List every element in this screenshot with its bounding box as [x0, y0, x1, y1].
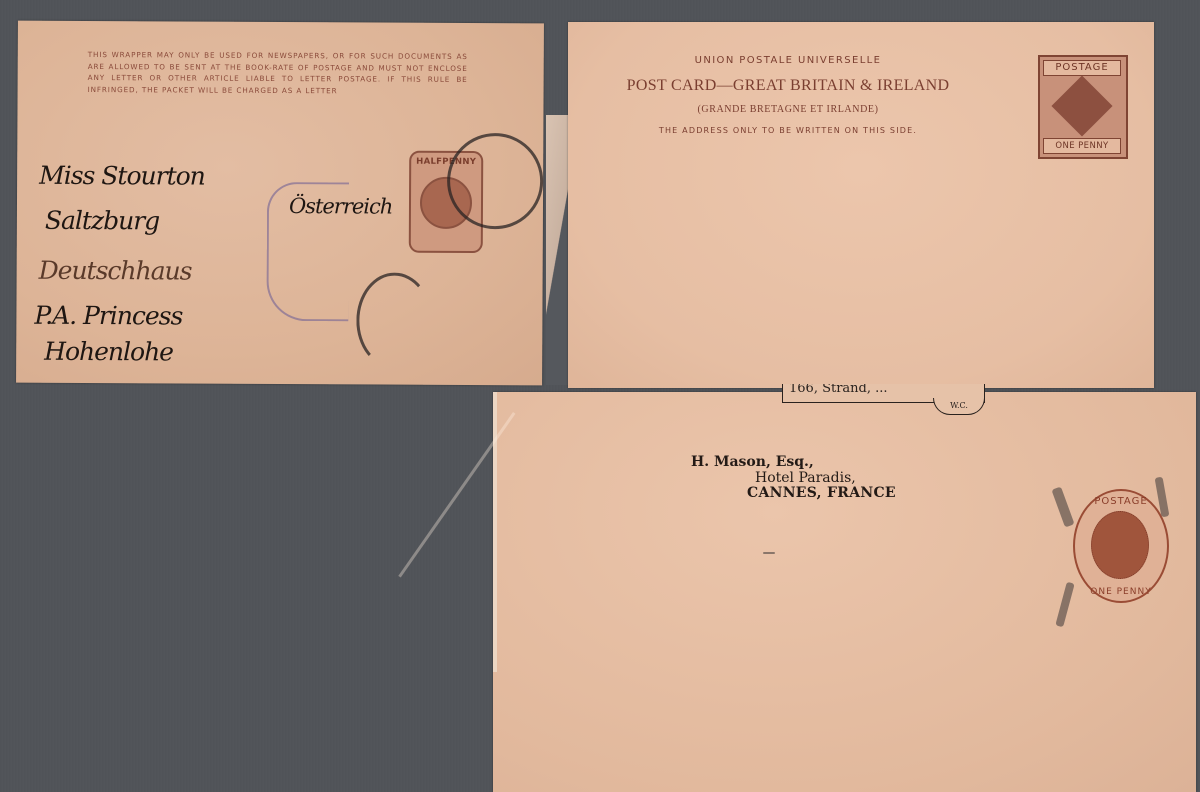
stamp-postage-label: POSTAGE: [1043, 60, 1121, 76]
newspaper-wrapper-one-penny: 166, Strand, ... W.C. H. Mason, Esq., Ho…: [493, 392, 1196, 792]
purple-crayon-mark: [266, 182, 349, 321]
one-penny-oval-stamp: POSTAGE ONE PENNY: [1073, 489, 1169, 603]
address-line-1: Miss Stourton: [39, 161, 205, 191]
cancel-bar: [1051, 486, 1074, 527]
postcard-one-penny: UNION POSTALE UNIVERSELLE POST CARD—GREA…: [568, 22, 1154, 388]
one-penny-stamp: POSTAGE ONE PENNY: [1038, 55, 1128, 159]
address-line-4: P.A. Princess: [34, 301, 182, 331]
stamp-postage-label: POSTAGE: [1075, 496, 1167, 507]
paper-crease: [398, 412, 515, 578]
folded-edge: [546, 115, 568, 385]
ink-speck: [763, 552, 775, 554]
queen-victoria-portrait-icon: [1091, 511, 1149, 579]
postcard-instruction: THE ADDRESS ONLY TO BE WRITTEN ON THIS S…: [568, 126, 1008, 135]
newspaper-wrapper-halfpenny: This Wrapper may only be used for Newspa…: [16, 21, 544, 386]
cancel-bar: [1055, 582, 1074, 628]
printed-address-line-3: CANNES, FRANCE: [747, 485, 896, 501]
address-line-2: Saltzburg: [45, 206, 159, 236]
printed-address-line-1: H. Mason, Esq.,: [691, 454, 814, 470]
printed-address-line-2: Hotel Paradis,: [755, 470, 856, 486]
postcard-union-heading: UNION POSTALE UNIVERSELLE: [568, 55, 1008, 66]
postcard-subtitle: (GRANDE BRETAGNE ET IRLANDE): [568, 104, 1008, 115]
stamp-value-label: ONE PENNY: [1075, 587, 1167, 597]
postmark-partial: [356, 272, 433, 368]
wrapper-regulation-notice: This Wrapper may only be used for Newspa…: [88, 49, 468, 97]
address-line-5: Hohenlohe: [44, 337, 173, 367]
sender-label-district: W.C.: [933, 398, 985, 415]
stamp-value-label: ONE PENNY: [1043, 138, 1121, 154]
postmark-circle: [447, 133, 544, 230]
postcard-title: POST CARD—GREAT BRITAIN & IRELAND: [568, 77, 1008, 95]
queen-victoria-portrait-icon: [1051, 75, 1112, 136]
address-line-3: Deutschhaus: [39, 256, 192, 286]
